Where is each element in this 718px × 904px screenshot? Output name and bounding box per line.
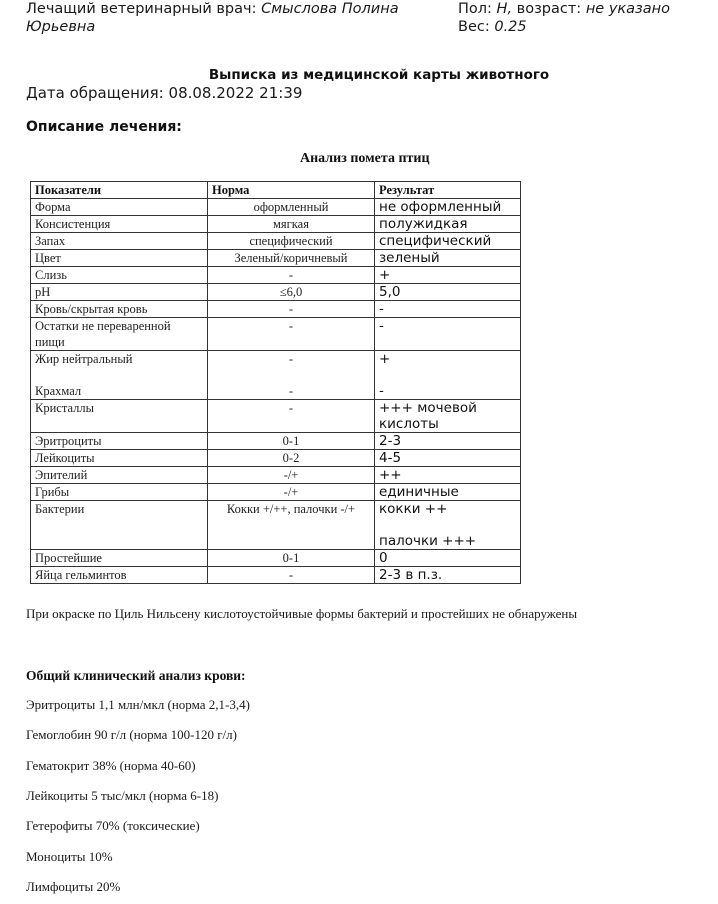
document-title: Выписка из медицинской карты животного <box>0 67 718 83</box>
indicator-cell: Форма <box>31 199 208 216</box>
doctor-label: Лечащий ветеринарный врач: <box>26 1 256 17</box>
table-row: Формаоформленныйне оформленный <box>31 199 521 216</box>
indicator-cell: Яйца гельминтов <box>31 567 208 584</box>
treatment-heading: Описание лечения: <box>26 119 182 135</box>
indicator-cell: pH <box>31 284 208 301</box>
staining-note: При окраске по Циль Нильсену кислотоусто… <box>26 606 577 622</box>
doctor-name: Смыслова Полина <box>261 1 399 17</box>
result-cell: - <box>375 301 521 318</box>
age-label: возраст: <box>517 1 582 17</box>
indicator-cell: Кристаллы <box>31 400 208 433</box>
table-row: Эпителий-/+++ <box>31 467 521 484</box>
norm-cell: Кокки +/++, палочки -/+ <box>208 501 375 550</box>
norm-cell: - <box>208 267 375 284</box>
table-row: ЦветЗеленый/коричневыйзеленый <box>31 250 521 267</box>
norm-cell: -/+ <box>208 484 375 501</box>
norm-cell: -/+ <box>208 467 375 484</box>
norm-cell: оформленный <box>208 199 375 216</box>
blood-analysis-title: Общий клинический анализ крови: <box>26 668 246 684</box>
age-value: не указано <box>586 1 670 17</box>
blood-analysis-item: Гематокрит 38% (норма 40-60) <box>26 758 196 774</box>
table-header-row: Показатели Норма Результат <box>31 182 521 199</box>
result-cell: ++ <box>375 467 521 484</box>
indicator-cell: Жир нейтральный Крахмал <box>31 351 208 400</box>
indicator-cell: Бактерии <box>31 501 208 550</box>
norm-cell: специфический <box>208 233 375 250</box>
norm-cell: - <box>208 400 375 433</box>
norm-cell: мягкая <box>208 216 375 233</box>
indicator-cell: Эпителий <box>31 467 208 484</box>
table-row: Простейшие0-10 <box>31 550 521 567</box>
table-row: Грибы-/+единичные <box>31 484 521 501</box>
column-header-norm: Норма <box>208 182 375 199</box>
sex-label: Пол: <box>458 1 492 17</box>
stool-analysis-table: Показатели Норма Результат Формаоформлен… <box>30 181 521 584</box>
result-cell: не оформленный <box>375 199 521 216</box>
indicator-cell: Слизь <box>31 267 208 284</box>
date-value: 08.08.2022 21:39 <box>169 84 303 102</box>
indicator-cell: Лейкоциты <box>31 450 208 467</box>
patient-info: Пол: Н, возраст: не указано Вес: 0.25 <box>458 0 670 36</box>
norm-cell: 0-1 <box>208 550 375 567</box>
norm-cell: - <box>208 301 375 318</box>
blood-analysis-item: Лейкоциты 5 тыс/мкл (норма 6-18) <box>26 788 218 804</box>
norm-cell: 0-1 <box>208 433 375 450</box>
table-row: Консистенциямягкаяполужидкая <box>31 216 521 233</box>
weight-label: Вес: <box>458 19 490 35</box>
result-cell: + - <box>375 351 521 400</box>
sex-value: Н, <box>497 1 513 17</box>
norm-cell: ≤6,0 <box>208 284 375 301</box>
result-cell: + <box>375 267 521 284</box>
visit-date: Дата обращения: 08.08.2022 21:39 <box>26 84 302 102</box>
indicator-cell: Консистенция <box>31 216 208 233</box>
indicator-cell: Кровь/скрытая кровь <box>31 301 208 318</box>
blood-analysis-item: Гетерофиты 70% (токсические) <box>26 818 200 834</box>
result-cell: 4-5 <box>375 450 521 467</box>
weight-value: 0.25 <box>494 19 526 35</box>
indicator-cell: Запах <box>31 233 208 250</box>
norm-cell: 0-2 <box>208 450 375 467</box>
result-cell: полужидкая <box>375 216 521 233</box>
result-cell: зеленый <box>375 250 521 267</box>
indicator-cell: Эритроциты <box>31 433 208 450</box>
blood-analysis-item: Моноциты 10% <box>26 849 113 865</box>
norm-cell: Зеленый/коричневый <box>208 250 375 267</box>
blood-analysis-item: Лимфоциты 20% <box>26 879 120 895</box>
table-row: Яйца гельминтов-2-3 в п.з. <box>31 567 521 584</box>
table-row: БактерииКокки +/++, палочки -/+кокки ++ … <box>31 501 521 550</box>
table-row: pH≤6,05,0 <box>31 284 521 301</box>
indicator-cell: Остатки не переваренной пищи <box>31 318 208 351</box>
doctor-info: Лечащий ветеринарный врач: Смыслова Поли… <box>26 0 399 36</box>
table-row: Лейкоциты0-24-5 <box>31 450 521 467</box>
table-row: Остатки не переваренной пищи-- <box>31 318 521 351</box>
indicator-cell: Простейшие <box>31 550 208 567</box>
table-row: Слизь-+ <box>31 267 521 284</box>
indicator-cell: Цвет <box>31 250 208 267</box>
result-cell: 5,0 <box>375 284 521 301</box>
result-cell: 2-3 в п.з. <box>375 567 521 584</box>
norm-cell: - <box>208 567 375 584</box>
norm-cell: - <box>208 318 375 351</box>
blood-analysis-item: Эритроциты 1,1 млн/мкл (норма 2,1-3,4) <box>26 697 250 713</box>
table-row: Эритроциты0-12-3 <box>31 433 521 450</box>
result-cell: +++ мочевой кислоты <box>375 400 521 433</box>
result-cell: специфический <box>375 233 521 250</box>
result-cell: 2-3 <box>375 433 521 450</box>
blood-analysis-item: Гемоглобин 90 г/л (норма 100-120 г/л) <box>26 727 237 743</box>
doctor-name-cont: Юрьевна <box>26 19 95 35</box>
result-cell: 0 <box>375 550 521 567</box>
table-row: Кровь/скрытая кровь-- <box>31 301 521 318</box>
norm-cell: - - <box>208 351 375 400</box>
table-row: Запахспецифическийспецифический <box>31 233 521 250</box>
column-header-result: Результат <box>375 182 521 199</box>
stool-analysis-title: Анализ помета птиц <box>300 151 430 167</box>
table-row: Жир нейтральный Крахмал- -+ - <box>31 351 521 400</box>
result-cell: кокки ++ палочки +++ <box>375 501 521 550</box>
result-cell: единичные <box>375 484 521 501</box>
indicator-cell: Грибы <box>31 484 208 501</box>
date-label: Дата обращения: <box>26 84 164 102</box>
table-row: Кристаллы-+++ мочевой кислоты <box>31 400 521 433</box>
column-header-indicator: Показатели <box>31 182 208 199</box>
result-cell: - <box>375 318 521 351</box>
